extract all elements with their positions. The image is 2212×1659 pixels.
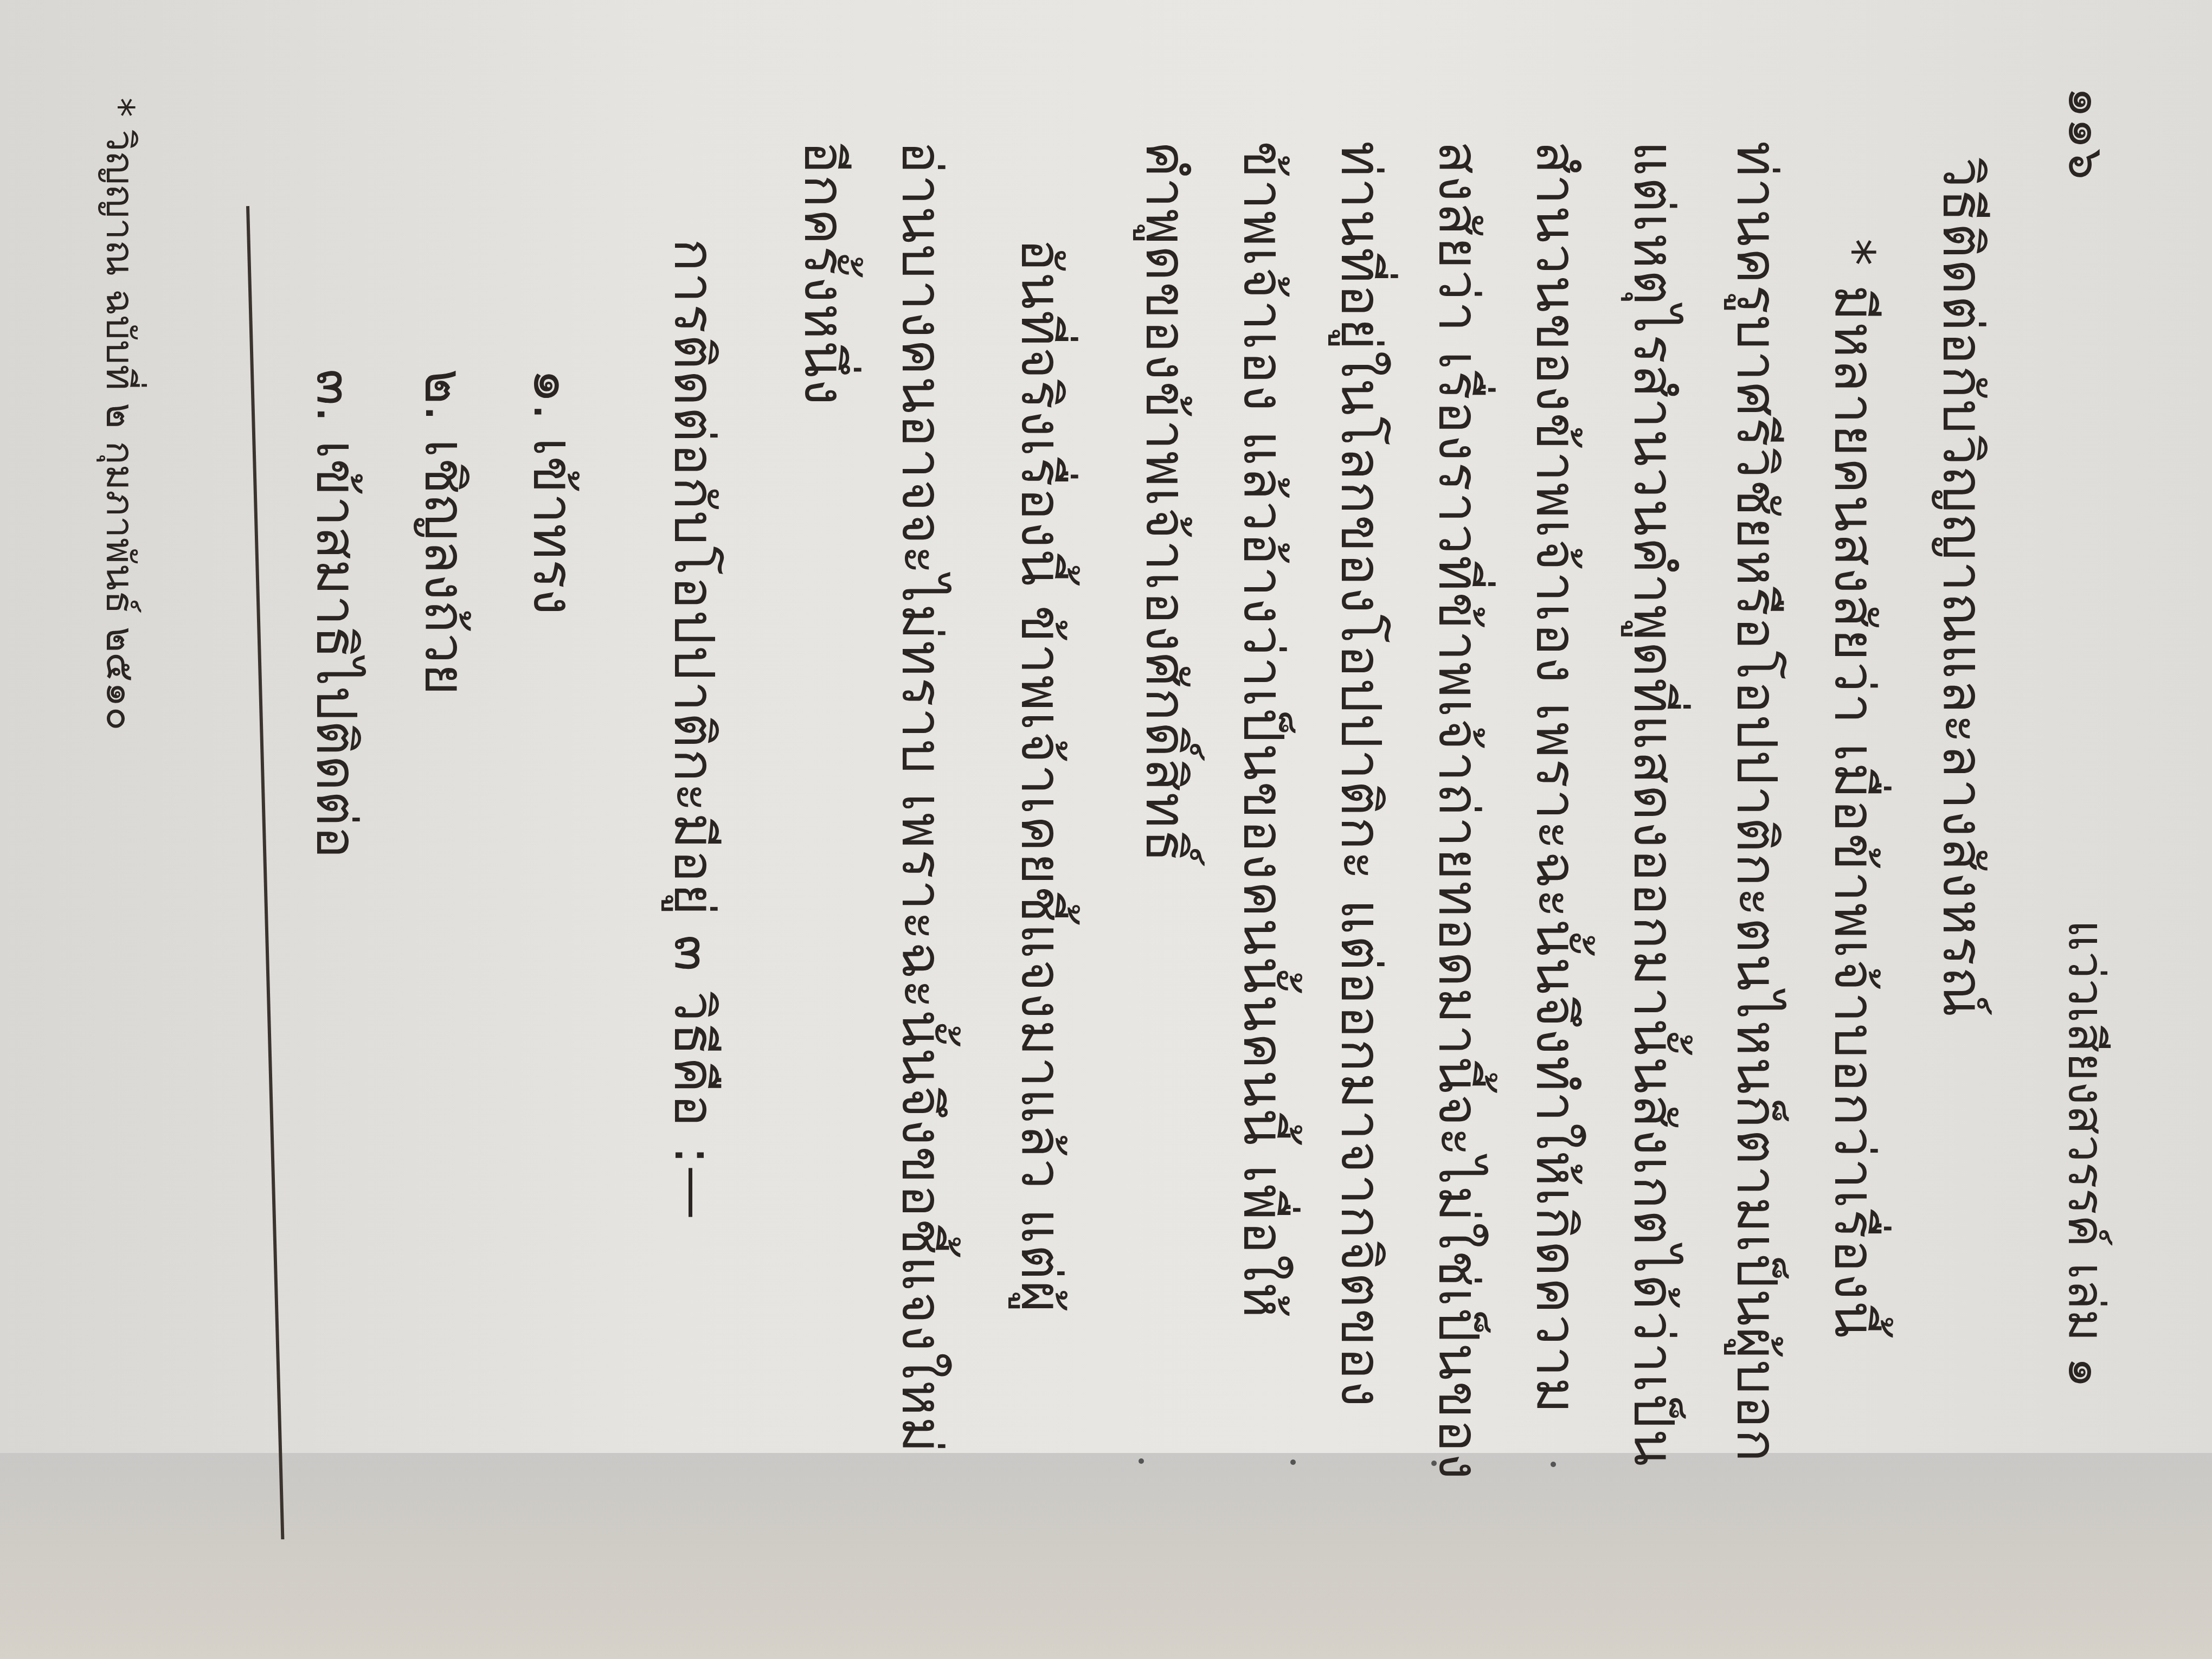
paragraph-line: ท่านที่อยู่ในโลกของโอปปาติกะ แต่ออกมาจาก… (1318, 141, 1404, 1408)
paragraph-line: * มีหลายคนสงสัยว่า เมื่อข้าพเจ้าบอกว่าเร… (1811, 239, 1898, 1339)
page-number: ๑๑๖ (2048, 87, 2125, 179)
binding-dots (1139, 1458, 1626, 1469)
paragraph-line: สำนวนของข้าพเจ้าเอง เพราะฉะนั้นจึงทำให้เ… (1513, 141, 1599, 1414)
footnote-rule (246, 206, 284, 1539)
paragraph-line: อันที่จริงเรื่องนี้ ข้าพเจ้าเคยชี้แจงมาแ… (998, 239, 1084, 1314)
footnote: * วิญญาณ ฉบับที่ ๒ กุมภาพันธ์ ๒๕๑๐ (89, 98, 152, 730)
paragraph-line: การติดต่อกับโอปปาติกะมีอยู่ ๓ วิธีคือ :— (651, 239, 737, 1221)
paragraph-line: ท่านครูบาศรีวิชัยหรือโอปปาติกะตนไหนก็ตาม… (1714, 141, 1800, 1463)
page-edge-shadow (0, 1453, 2212, 1659)
paragraph-line: คำพูดของข้าพเจ้าเองศักดิ์สิทธิ์ (1123, 141, 1209, 864)
paragraph-line: อีกครั้งหนึ่ง (781, 141, 867, 406)
paragraph-line: อ่านบางคนอาจจะไม่ทราบ เพราะฉะนั้นจึงขอชี… (879, 141, 965, 1454)
paragraph-line: ข้าพเจ้าเอง แล้วอ้างว่าเป็นของคนนั้นคนนี… (1220, 141, 1307, 1319)
book-page: ๑๑๖ แว่วเสียงสวรรค์ เล่ม ๑ วิธีติดต่อกับ… (0, 0, 2212, 1453)
list-item: ๓. เข้าสมาธิไปติดต่อ (293, 369, 380, 858)
section-title: วิธีติดต่อกับวิญญาณและลางสังหรณ์ (1920, 157, 2006, 1018)
list-item: ๑. เข้าทรง (510, 369, 596, 615)
list-item: ๒. เชิญลงถ้วย (402, 369, 488, 695)
running-head: แว่วเสียงสวรรค์ เล่ม ๑ (2048, 920, 2125, 1388)
paragraph-line: แต่เหตุไรสำนวนคำพูดที่แสดงออกมานั้นสังเก… (1611, 141, 1697, 1467)
page-header: ๑๑๖ แว่วเสียงสวรรค์ เล่ม ๑ (2060, 43, 2125, 1453)
paragraph-line: สงสัยว่า เรื่องราวที่ข้าพเจ้าถ่ายทอดมานี… (1416, 141, 1502, 1481)
